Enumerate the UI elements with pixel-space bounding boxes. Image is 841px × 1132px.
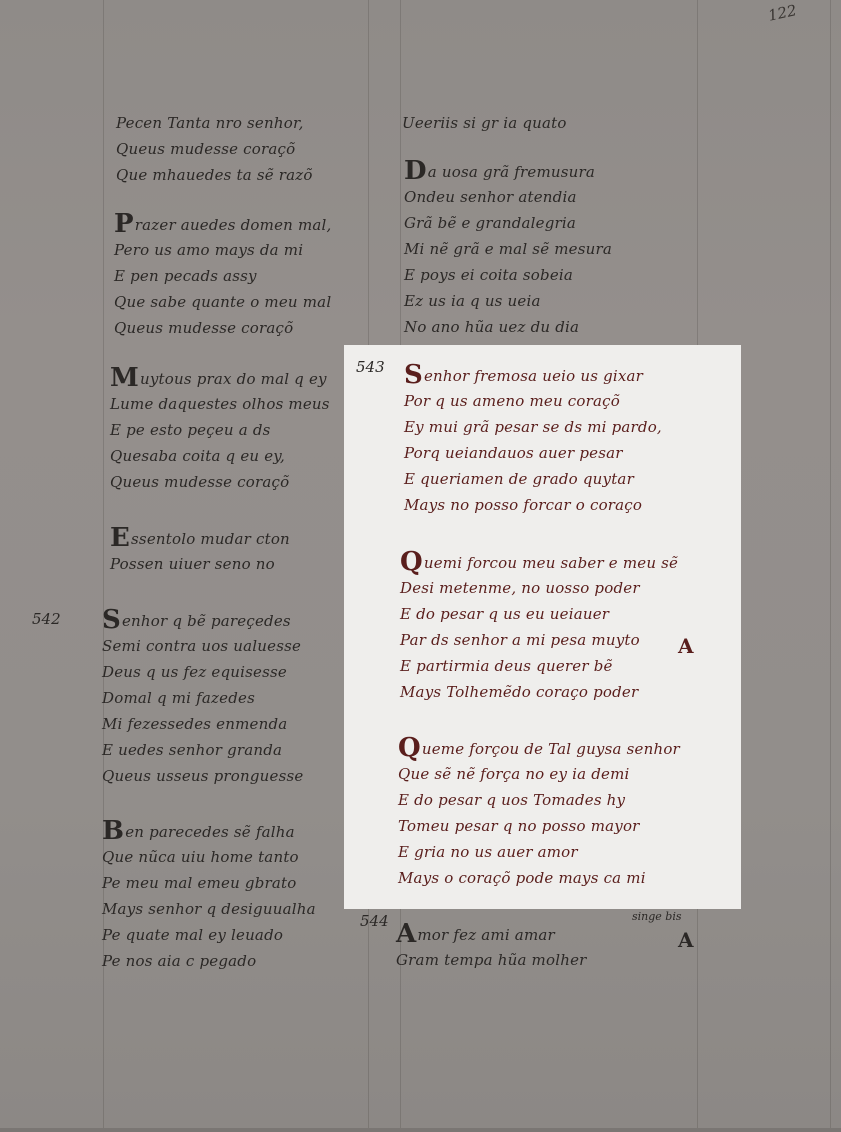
verse-text: a uosa grã fremusura xyxy=(428,163,595,181)
verse-first-line: Amor fez ami amar xyxy=(396,921,587,947)
verse-line: Domal q mi fazedes xyxy=(102,685,304,711)
verse-line: E queriamen de grado quytar xyxy=(404,466,662,492)
verse-line: Mays no posso forcar o coraço xyxy=(404,492,662,518)
verse-first-line: Queme forçou de Tal guysa senhor xyxy=(398,735,680,761)
verse-line: E pen pecads assy xyxy=(114,263,332,289)
right-stanza-2: Da uosa grã fremusura Ondeu senhor atend… xyxy=(404,158,612,340)
right-stanza-3: Senhor fremosa ueio us gixar Por q us am… xyxy=(404,362,662,518)
verse-line: E pe esto peçeu a ds xyxy=(110,417,330,443)
verse-first-line: Prazer auedes domen mal, xyxy=(114,211,332,237)
verse-line: E gria no us auer amor xyxy=(398,839,680,865)
initial-letter: S xyxy=(404,360,423,390)
verse-first-line: Senhor fremosa ueio us gixar xyxy=(404,362,662,388)
verse-line: Queus mudesse coraçõ xyxy=(110,469,330,495)
verse-line: Ueeriis si gr ia quato xyxy=(402,110,567,136)
verse-text: enhor q bẽ pareçedes xyxy=(122,612,291,630)
verse-line: Ey mui grã pesar se ds mi pardo, xyxy=(404,414,662,440)
verse-first-line: Senhor q bẽ pareçedes xyxy=(102,607,304,633)
poem-number: 542 xyxy=(32,610,61,628)
left-stanza-2: Prazer auedes domen mal, Pero us amo may… xyxy=(114,211,332,341)
verse-line: Pe meu mal emeu gbrato xyxy=(102,870,316,896)
initial-letter: Q xyxy=(398,733,421,763)
verse-line: Queus mudesse coraçõ xyxy=(114,315,332,341)
verse-line: Queus usseus pronguesse xyxy=(102,763,304,789)
verse-line: Mays Tolhemẽdo coraço poder xyxy=(400,679,678,705)
verse-text: enhor fremosa ueio us gixar xyxy=(424,367,643,385)
verse-line: Que mhauedes ta sẽ razõ xyxy=(116,162,313,188)
verse-line: Pecen Tanta nro senhor, xyxy=(116,110,313,136)
left-stanza-5: Senhor q bẽ pareçedes Semi contra uos ua… xyxy=(102,607,304,789)
page-bottom-edge xyxy=(0,1128,841,1132)
verse-line: Por q us ameno meu coraçõ xyxy=(404,388,662,414)
right-stanza-5: Queme forçou de Tal guysa senhor Que sẽ … xyxy=(398,735,680,891)
verse-line: Quesaba coita q eu ey, xyxy=(110,443,330,469)
verse-line: Possen uiuer seno no xyxy=(110,551,290,577)
margin-mark-a: A xyxy=(678,634,694,658)
margin-note: singe bis xyxy=(632,910,682,923)
verse-line: Gram tempa hũa molher xyxy=(396,947,587,973)
verse-line: Lume daquestes olhos meus xyxy=(110,391,330,417)
verse-text: en parecedes sẽ falha xyxy=(125,823,295,841)
poem-number: 544 xyxy=(360,912,389,930)
verse-text: uemi forcou meu saber e meu sẽ xyxy=(424,554,678,572)
right-stanza-6: Amor fez ami amar Gram tempa hũa molher xyxy=(396,921,587,973)
verse-line: Par ds senhor a mi pesa muyto xyxy=(400,627,678,653)
verse-text: mor fez ami amar xyxy=(417,926,555,944)
verse-text: ssentolo mudar cton xyxy=(131,530,290,548)
verse-line: E partirmia deus querer bẽ xyxy=(400,653,678,679)
verse-line: Que sabe quante o meu mal xyxy=(114,289,332,315)
initial-letter: S xyxy=(102,605,121,635)
verse-line: Grã bẽ e grandalegria xyxy=(404,210,612,236)
verse-line: E uedes senhor granda xyxy=(102,737,304,763)
right-stanza-4: Quemi forcou meu saber e meu sẽ Desi met… xyxy=(400,549,678,705)
verse-line: Mays senhor q desiguualha xyxy=(102,896,316,922)
margin-mark-a: A xyxy=(678,928,694,952)
right-stanza-1: Ueeriis si gr ia quato xyxy=(402,110,567,136)
verse-line: E do pesar q uos Tomades hy xyxy=(398,787,680,813)
verse-first-line: Quemi forcou meu saber e meu sẽ xyxy=(400,549,678,575)
initial-letter: M xyxy=(110,363,139,393)
verse-line: Ondeu senhor atendia xyxy=(404,184,612,210)
verse-line: Que sẽ nẽ força no ey ia demi xyxy=(398,761,680,787)
verse-line: E poys ei coita sobeia xyxy=(404,262,612,288)
verse-line: Pero us amo mays da mi xyxy=(114,237,332,263)
verse-text: uytous prax do mal q ey xyxy=(140,370,327,388)
verse-line: Ez us ia q us ueia xyxy=(404,288,612,314)
left-stanza-4: Essentolo mudar cton Possen uiuer seno n… xyxy=(110,525,290,577)
verse-text: ueme forçou de Tal guysa senhor xyxy=(422,740,680,758)
verse-line: Desi metenme, no uosso poder xyxy=(400,575,678,601)
ruling-line xyxy=(830,0,831,1132)
verse-line: Semi contra uos ualuesse xyxy=(102,633,304,659)
verse-line: No ano hũa uez du dia xyxy=(404,314,612,340)
verse-line: Porq ueiandauos auer pesar xyxy=(404,440,662,466)
initial-letter: D xyxy=(404,156,427,186)
left-stanza-1: Pecen Tanta nro senhor, Queus mudesse co… xyxy=(116,110,313,188)
verse-first-line: Da uosa grã fremusura xyxy=(404,158,612,184)
verse-line: Mays o coraçõ pode mays ca mi xyxy=(398,865,680,891)
poem-number: 543 xyxy=(356,358,385,376)
verse-line: Deus q us fez equisesse xyxy=(102,659,304,685)
verse-line: Queus mudesse coraçõ xyxy=(116,136,313,162)
verse-line: Mi fezessedes enmenda xyxy=(102,711,304,737)
verse-line: E do pesar q us eu ueiauer xyxy=(400,601,678,627)
initial-letter: Q xyxy=(400,547,423,577)
verse-line: Mi nẽ grã e mal sẽ mesura xyxy=(404,236,612,262)
verse-line: Pe quate mal ey leuado xyxy=(102,922,316,948)
verse-line: Tomeu pesar q no posso mayor xyxy=(398,813,680,839)
verse-first-line: Ben parecedes sẽ falha xyxy=(102,818,316,844)
initial-letter: P xyxy=(114,209,134,239)
verse-line: Que nũca uiu home tanto xyxy=(102,844,316,870)
verse-first-line: Muytous prax do mal q ey xyxy=(110,365,330,391)
left-stanza-3: Muytous prax do mal q ey Lume daquestes … xyxy=(110,365,330,495)
initial-letter: A xyxy=(396,919,416,949)
initial-letter: B xyxy=(102,816,124,846)
initial-letter: E xyxy=(110,523,130,553)
verse-text: razer auedes domen mal, xyxy=(135,216,332,234)
verse-line: Pe nos aia c pegado xyxy=(102,948,316,974)
verse-first-line: Essentolo mudar cton xyxy=(110,525,290,551)
left-stanza-6: Ben parecedes sẽ falha Que nũca uiu home… xyxy=(102,818,316,974)
